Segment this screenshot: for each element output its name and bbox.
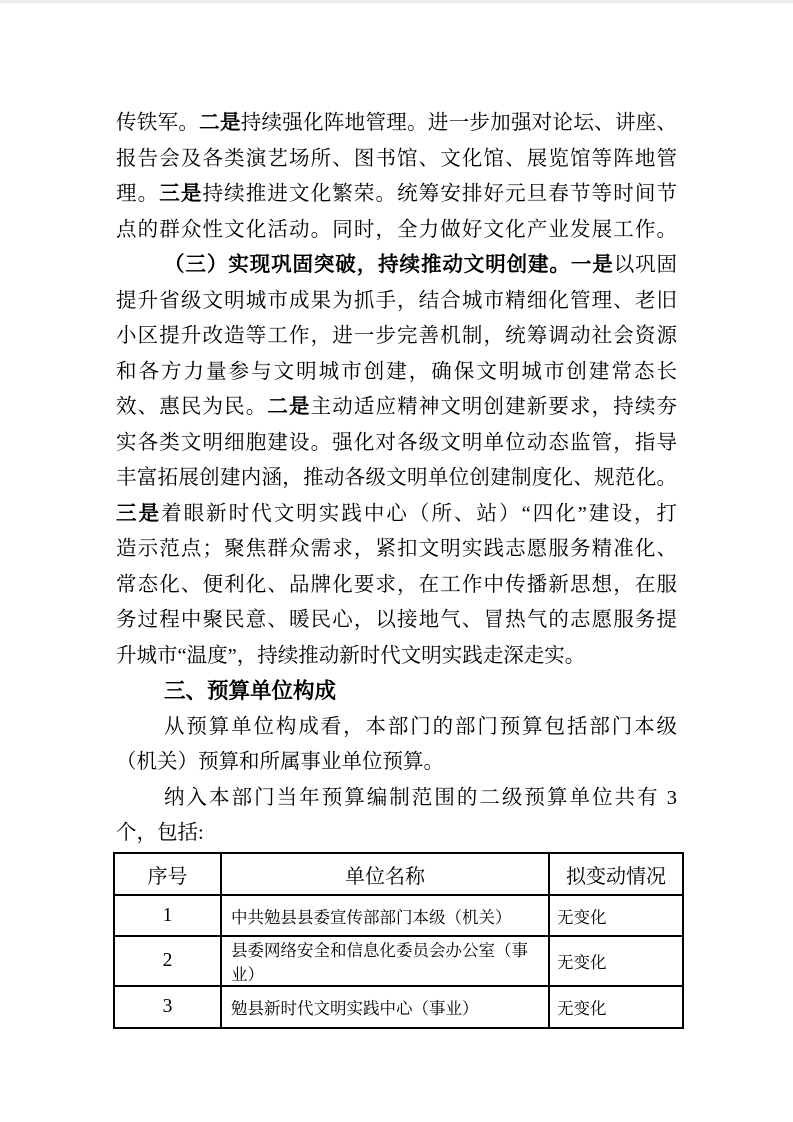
document-page: 传铁军。二是持续强化阵地管理。进一步加强对论坛、讲座、报告会及各类演艺场所、图书… — [0, 0, 793, 1122]
text-run: 以巩固 — [614, 254, 677, 276]
change-status: 无变化 — [549, 986, 683, 1028]
text-run: 实各类文明细胞建设。强化对各级文明单位动态监管，指导 — [116, 432, 677, 454]
text-run: 和各方力量参与文明城市创建，确保文明城市创建常态长 — [116, 361, 677, 383]
text-run-bold: 三、预算单位构成 — [164, 679, 336, 703]
row-index: 3 — [114, 986, 221, 1028]
text-run-bold: 二是 — [199, 112, 241, 134]
text-run: （机关）预算和所属事业单位预算。 — [116, 751, 444, 773]
text-run-bold: 三是 — [116, 503, 161, 525]
page-top-edge — [0, 0, 793, 3]
document-text: 传铁军。二是持续强化阵地管理。进一步加强对论坛、讲座、报告会及各类演艺场所、图书… — [116, 106, 677, 852]
text-run: 理。 — [116, 183, 159, 205]
text-run: 提升省级文明城市成果为抓手，结合城市精细化管理、老旧 — [116, 290, 677, 312]
text-run: 常态化、便利化、品牌化要求，在工作中传播新思想，在服 — [116, 574, 677, 596]
text-run: 效、惠民为民。 — [116, 396, 267, 418]
table-row: 1 中共勉县县委宣传部部门本级（机关） 无变化 — [114, 895, 683, 936]
text-run: 小区提升改造等工作，进一步完善机制，统筹调动社会资源 — [116, 325, 677, 347]
text-run: 报告会及各类演艺场所、图书馆、文化馆、展览馆等阵地管 — [116, 148, 677, 170]
row-index: 2 — [114, 936, 221, 986]
text-line: 传铁军。二是持续强化阵地管理。进一步加强对论坛、讲座、 — [116, 106, 677, 142]
row-index: 1 — [114, 895, 221, 936]
text-run: 着眼新时代文明实践中心（所、站）“四化”建设，打 — [161, 503, 677, 525]
text-line: 报告会及各类演艺场所、图书馆、文化馆、展览馆等阵地管 — [116, 142, 677, 178]
budget-units-table: 序号 单位名称 拟变动情况 1 中共勉县县委宣传部部门本级（机关） 无变化 2 … — [113, 852, 684, 1029]
text-run: 造示范点；聚焦群众需求，紧扣文明实践志愿服务精准化、 — [116, 538, 677, 560]
text-line: 效、惠民为民。二是主动适应精神文明创建新要求，持续夯 — [116, 390, 677, 426]
text-line: 升城市“温度”，持续推动新时代文明实践走深走实。 — [116, 639, 677, 675]
text-run: 持续强化阵地管理。进一步加强对论坛、讲座、 — [241, 112, 677, 134]
table-row: 2 县委网络安全和信息化委员会办公室（事业） 无变化 — [114, 936, 683, 986]
text-line: （三）实现巩固突破，持续推动文明创建。一是以巩固 — [116, 248, 677, 284]
text-run: 个，包括: — [116, 822, 204, 844]
text-run: 传铁军。 — [116, 112, 199, 134]
text-line: 从预算单位构成看，本部门的部门预算包括部门本级 — [116, 710, 677, 746]
text-line: 造示范点；聚焦群众需求，紧扣文明实践志愿服务精准化、 — [116, 532, 677, 568]
text-run-bold: （三）实现巩固突破，持续推动文明创建。一是 — [164, 254, 614, 276]
text-line: 个，包括: — [116, 816, 677, 852]
text-run: 主动适应精神文明创建新要求，持续夯 — [311, 396, 677, 418]
change-status: 无变化 — [549, 895, 683, 936]
table-row: 3 勉县新时代文明实践中心（事业） 无变化 — [114, 986, 683, 1028]
unit-name: 中共勉县县委宣传部部门本级（机关） — [221, 895, 549, 936]
text-run: 丰富拓展创建内涵，推动各级文明单位创建制度化、规范化。 — [116, 467, 677, 489]
text-line: 小区提升改造等工作，进一步完善机制，统筹调动社会资源 — [116, 319, 677, 355]
text-run: 升城市“温度”，持续推动新时代文明实践走深走实。 — [116, 645, 585, 667]
text-line: 点的群众性文化活动。同时，全力做好文化产业发展工作。 — [116, 213, 677, 249]
text-run: 纳入本部门当年预算编制范围的二级预算单位共有 3 — [164, 787, 677, 809]
table-header-row: 序号 单位名称 拟变动情况 — [114, 853, 683, 895]
text-line: （机关）预算和所属事业单位预算。 — [116, 745, 677, 781]
text-run: 务过程中聚民意、暖民心，以接地气、冒热气的志愿服务提 — [116, 609, 677, 631]
text-line: 提升省级文明城市成果为抓手，结合城市精细化管理、老旧 — [116, 284, 677, 320]
header-cell-change-status: 拟变动情况 — [549, 853, 683, 895]
text-line: 常态化、便利化、品牌化要求，在工作中传播新思想，在服 — [116, 568, 677, 604]
header-cell-index: 序号 — [114, 853, 221, 895]
text-run: 从预算单位构成看，本部门的部门预算包括部门本级 — [164, 716, 677, 738]
section-heading: 三、预算单位构成 — [116, 674, 677, 710]
text-line: 三是着眼新时代文明实践中心（所、站）“四化”建设，打 — [116, 497, 677, 533]
text-line: 实各类文明细胞建设。强化对各级文明单位动态监管，指导 — [116, 426, 677, 462]
unit-name: 勉县新时代文明实践中心（事业） — [221, 986, 549, 1028]
text-line: 务过程中聚民意、暖民心，以接地气、冒热气的志愿服务提 — [116, 603, 677, 639]
header-cell-unit-name: 单位名称 — [221, 853, 549, 895]
text-run: 点的群众性文化活动。同时，全力做好文化产业发展工作。 — [116, 219, 677, 241]
text-line: 理。三是持续推进文化繁荣。统筹安排好元旦春节等时间节 — [116, 177, 677, 213]
text-run-bold: 三是 — [159, 183, 202, 205]
unit-name: 县委网络安全和信息化委员会办公室（事业） — [221, 936, 549, 986]
text-line: 纳入本部门当年预算编制范围的二级预算单位共有 3 — [116, 781, 677, 817]
text-run-bold: 二是 — [267, 396, 310, 418]
change-status: 无变化 — [549, 936, 683, 986]
text-line: 丰富拓展创建内涵，推动各级文明单位创建制度化、规范化。 — [116, 461, 677, 497]
text-line: 和各方力量参与文明城市创建，确保文明城市创建常态长 — [116, 355, 677, 391]
text-run: 持续推进文化繁荣。统筹安排好元旦春节等时间节 — [203, 183, 678, 205]
